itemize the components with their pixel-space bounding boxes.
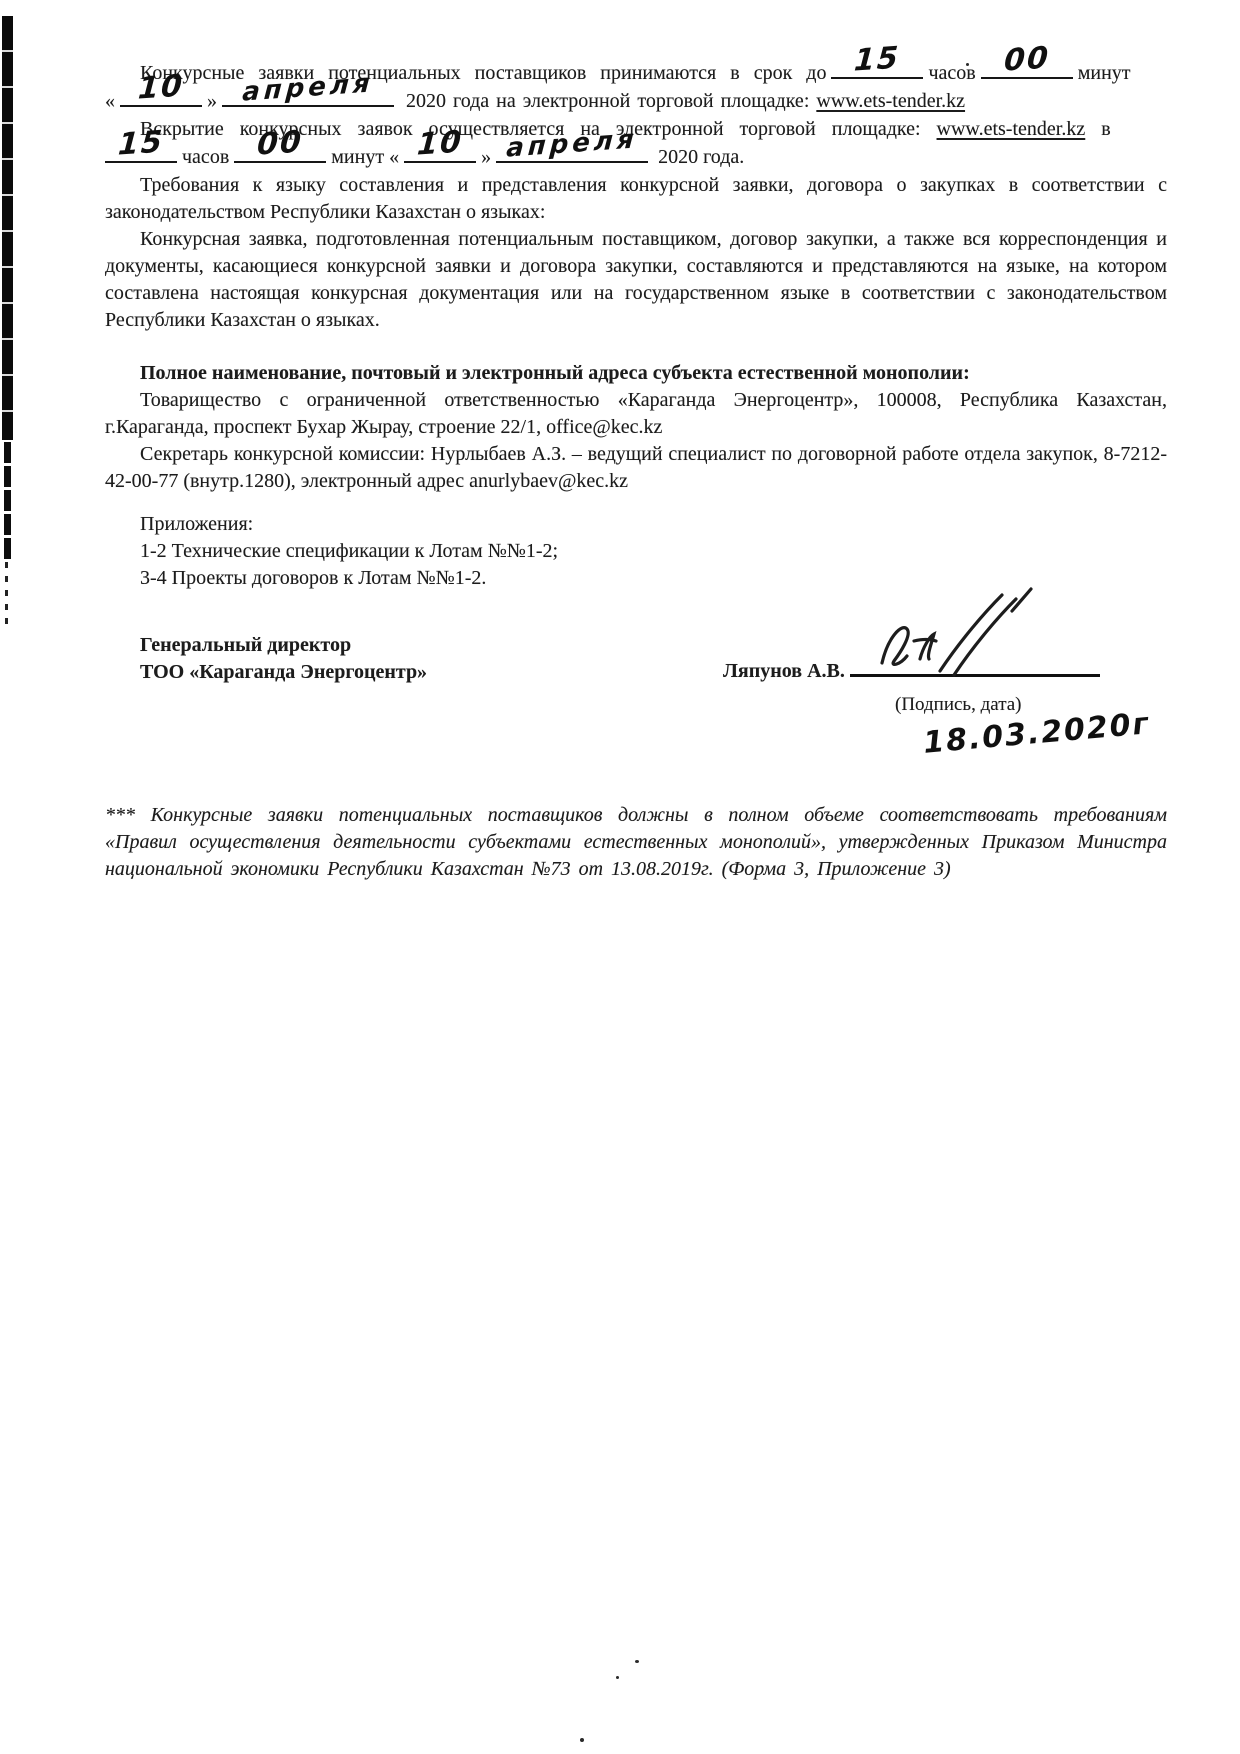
handwritten-signature-scribble <box>866 589 1056 684</box>
attachments-title: Приложения: <box>105 511 1167 538</box>
month-blank-field: апреля <box>222 100 394 107</box>
language-rules-paragraph: Конкурсная заявка, подготовленная потенц… <box>105 226 1167 334</box>
company-address-paragraph: Товарищество с ограниченной ответственно… <box>105 387 1167 441</box>
hours-blank-field: 15 <box>105 156 177 163</box>
signatory-name: Ляпунов А.В. <box>723 660 845 682</box>
scan-speck <box>580 1738 584 1742</box>
attachments-section: Приложения: 1-2 Технические спецификации… <box>105 511 1167 592</box>
deadline-text: 2020 года на электронной торговой площад… <box>406 90 809 112</box>
signature-underline <box>850 669 1100 677</box>
hours-label: часов <box>182 146 229 168</box>
attachment-item: 1-2 Технические спецификации к Лотам №№1… <box>105 538 1167 565</box>
scan-artifact-strip <box>5 562 8 624</box>
quote-close: » <box>207 90 217 112</box>
language-requirements-paragraph: Требования к языку составления и предста… <box>105 172 1167 226</box>
quote-close: » <box>481 146 491 168</box>
signatory-role-line2: ТОО «Караганда Энергоцентр» <box>140 659 427 686</box>
document-content: Конкурсные заявки потенциальных поставщи… <box>105 60 1167 903</box>
day-blank-field: 10 <box>120 100 202 107</box>
month-blank-field: апреля <box>496 156 648 163</box>
deadline-line-2: «10»апреля 2020 года на электронной торг… <box>105 88 1167 116</box>
footnote-paragraph: *** Конкурсные заявки потенциальных пост… <box>105 802 1167 883</box>
signatory-role-line1: Генеральный директор <box>140 632 427 659</box>
scan-speck <box>616 1676 619 1679</box>
minutes-blank-field: 00 <box>981 72 1073 79</box>
signatory-role: Генеральный директор ТОО «Караганда Энер… <box>105 632 427 686</box>
attachment-item: 3-4 Проекты договоров к Лотам №№1-2. <box>105 565 1167 592</box>
quote-open: « <box>389 146 399 168</box>
handwritten-date: 18.03.2020г <box>922 710 1151 757</box>
handwritten-day: 10 <box>403 126 477 161</box>
scan-artifact-strip <box>4 442 11 560</box>
scan-artifact-strip <box>2 16 13 440</box>
document-page: Конкурсные заявки потенциальных поставщи… <box>0 0 1240 1754</box>
secretary-contact-paragraph: Секретарь конкурсной комиссии: Нурлыбаев… <box>105 441 1167 495</box>
tender-site-link: www.ets-tender.kz <box>816 90 965 112</box>
day-blank-field: 10 <box>404 156 476 163</box>
handwritten-hours: 15 <box>104 126 178 161</box>
handwritten-day: 10 <box>119 70 203 106</box>
hours-label: часов <box>928 62 975 84</box>
handwritten-hours: 15 <box>831 42 925 79</box>
handwritten-minutes: 00 <box>980 42 1074 79</box>
minutes-label: минут <box>331 146 384 168</box>
tender-site-link: www.ets-tender.kz <box>937 118 1086 140</box>
minutes-blank-field: 00 <box>234 156 326 163</box>
handwritten-minutes: 00 <box>233 126 327 163</box>
opening-line-2: 15часов00минут «10»апреля 2020 года. <box>105 144 1167 172</box>
hours-blank-field: 15 <box>831 72 923 79</box>
quote-open: « <box>105 90 115 112</box>
monopoly-subject-heading: Полное наименование, почтовый и электрон… <box>105 360 1167 387</box>
year-text: 2020 года. <box>658 146 744 168</box>
signature-area: Ляпунов А.В. (Подпись, дата) 18.03.2020г <box>723 658 1150 751</box>
opening-text-tail: в <box>1101 118 1110 140</box>
scan-speck <box>635 1660 639 1663</box>
signature-block: Генеральный директор ТОО «Караганда Энер… <box>105 632 1167 790</box>
minutes-label: минут <box>1078 62 1131 84</box>
